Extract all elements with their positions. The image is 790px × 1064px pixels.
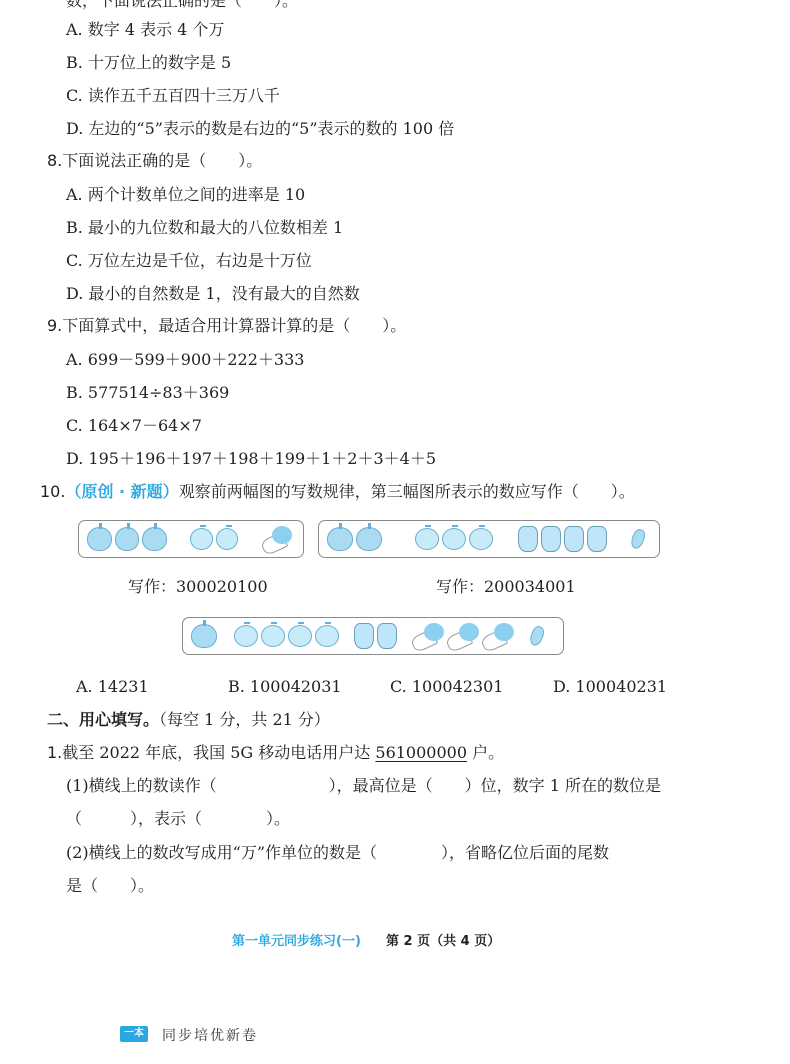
s2-q1-stem-post: 户。	[467, 743, 504, 762]
q9-option-d: D. 195＋196＋197＋198＋199＋1＋2＋3＋4＋5	[66, 449, 436, 469]
footer-page: 第 2 页（共 4 页）	[386, 930, 500, 949]
pepper-icon	[587, 526, 607, 552]
q10-option-b: B. 100042031	[228, 677, 342, 697]
eggplant-icon	[629, 528, 647, 551]
underlined-number: 561000000	[375, 743, 467, 762]
q10-option-d: D. 100040231	[553, 677, 667, 697]
pepper-icon	[377, 623, 397, 649]
q10-picture-3	[182, 617, 564, 655]
q7-option-d: D. 左边的“5”表示的数是右边的“5”表示的数的 100 倍	[66, 119, 454, 139]
s2-q1-part2-line2: 是（ ）。	[66, 876, 154, 896]
tomato-icon	[234, 625, 258, 647]
tomato-icon	[216, 528, 239, 550]
q10-option-a: A. 14231	[76, 677, 149, 697]
q10-number: 10.	[40, 482, 65, 501]
s2-q1-stem: 1.截至 2022 年底，我国 5G 移动电话用户达 561000000 户。	[47, 743, 504, 763]
q9-option-a: A. 699－599＋900＋222＋333	[66, 350, 304, 370]
s2-q1-stem-pre: 截至 2022 年底，我国 5G 移动电话用户达	[62, 743, 375, 762]
pumpkin-icon	[327, 527, 353, 551]
q10-tag: （原创 · 新题）	[65, 482, 178, 501]
brand-badge: 一本	[120, 1026, 148, 1042]
q8-stem-text: 下面说法正确的是（ ）。	[62, 151, 262, 170]
tomato-icon	[190, 528, 213, 550]
cabbage-icon	[412, 623, 444, 649]
tomato-icon	[442, 528, 466, 550]
cabbage-icon	[482, 623, 514, 649]
q10-stem-text: 观察前两幅图的写数规律，第三幅图所表示的数应写作（ ）。	[179, 482, 635, 501]
s2-q1-part2-line1: (2)横线上的数改写成用“万”作单位的数是（ ），省略亿位后面的尾数	[66, 843, 609, 863]
tomato-icon	[261, 625, 285, 647]
tomato-icon	[288, 625, 312, 647]
q9-option-c: C. 164×7－64×7	[66, 416, 202, 436]
q9-option-b: B. 577514÷83＋369	[66, 383, 229, 403]
cabbage-icon	[447, 623, 479, 649]
pumpkin-icon	[142, 527, 167, 551]
s2-q1-part1-line1: (1)横线上的数读作（ ），最高位是（ ）位，数字 1 所在的数位是	[66, 776, 661, 796]
q9-stem-text: 下面算式中，最适合用计算器计算的是（ ）。	[62, 316, 406, 335]
tomato-icon	[415, 528, 439, 550]
q9-stem: 9.下面算式中，最适合用计算器计算的是（ ）。	[47, 316, 406, 336]
q10-caption-1: 写作：300020100	[128, 577, 268, 597]
section-2-scoring: （每空 1 分，共 21 分）	[159, 710, 330, 729]
brand-name: 同步培优新卷	[162, 1025, 258, 1045]
q7-option-a: A. 数字 4 表示 4 个万	[66, 20, 224, 40]
q7-stem-tail: 数，下面说法正确的是（ ）。	[66, 0, 298, 11]
pumpkin-icon	[87, 527, 112, 551]
cabbage-icon	[262, 526, 292, 552]
pumpkin-icon	[191, 624, 217, 648]
q10-picture-1	[78, 520, 304, 558]
q8-number: 8.	[47, 151, 62, 170]
q10-option-c: C. 100042301	[390, 677, 503, 697]
q8-stem: 8.下面说法正确的是（ ）。	[47, 151, 262, 171]
section-2-heading: 二、用心填写。（每空 1 分，共 21 分）	[47, 710, 330, 730]
section-2-title: 二、用心填写。	[47, 710, 159, 729]
footer-unit: 第一单元同步练习(一)	[232, 930, 361, 949]
s2-q1-part1-line2: （ ），表示（ ）。	[66, 809, 290, 829]
tomato-icon	[315, 625, 339, 647]
pepper-icon	[541, 526, 561, 552]
pepper-icon	[354, 623, 374, 649]
s2-q1-number: 1.	[47, 743, 62, 762]
eggplant-icon	[528, 625, 546, 648]
q7-option-b: B. 十万位上的数字是 5	[66, 53, 231, 73]
q10-picture-2	[318, 520, 660, 558]
pumpkin-icon	[356, 527, 382, 551]
q10-caption-2: 写作：200034001	[436, 577, 576, 597]
q8-option-b: B. 最小的九位数和最大的八位数相差 1	[66, 218, 343, 238]
q8-option-c: C. 万位左边是千位，右边是十万位	[66, 251, 312, 271]
pumpkin-icon	[115, 527, 140, 551]
q9-number: 9.	[47, 316, 62, 335]
tomato-icon	[469, 528, 493, 550]
pepper-icon	[518, 526, 538, 552]
q8-option-d: D. 最小的自然数是 1，没有最大的自然数	[66, 284, 360, 304]
q8-option-a: A. 两个计数单位之间的进率是 10	[66, 185, 305, 205]
pepper-icon	[564, 526, 584, 552]
q10-stem: 10.（原创 · 新题）观察前两幅图的写数规律，第三幅图所表示的数应写作（ ）。	[40, 482, 635, 502]
q7-option-c: C. 读作五千五百四十三万八千	[66, 86, 280, 106]
